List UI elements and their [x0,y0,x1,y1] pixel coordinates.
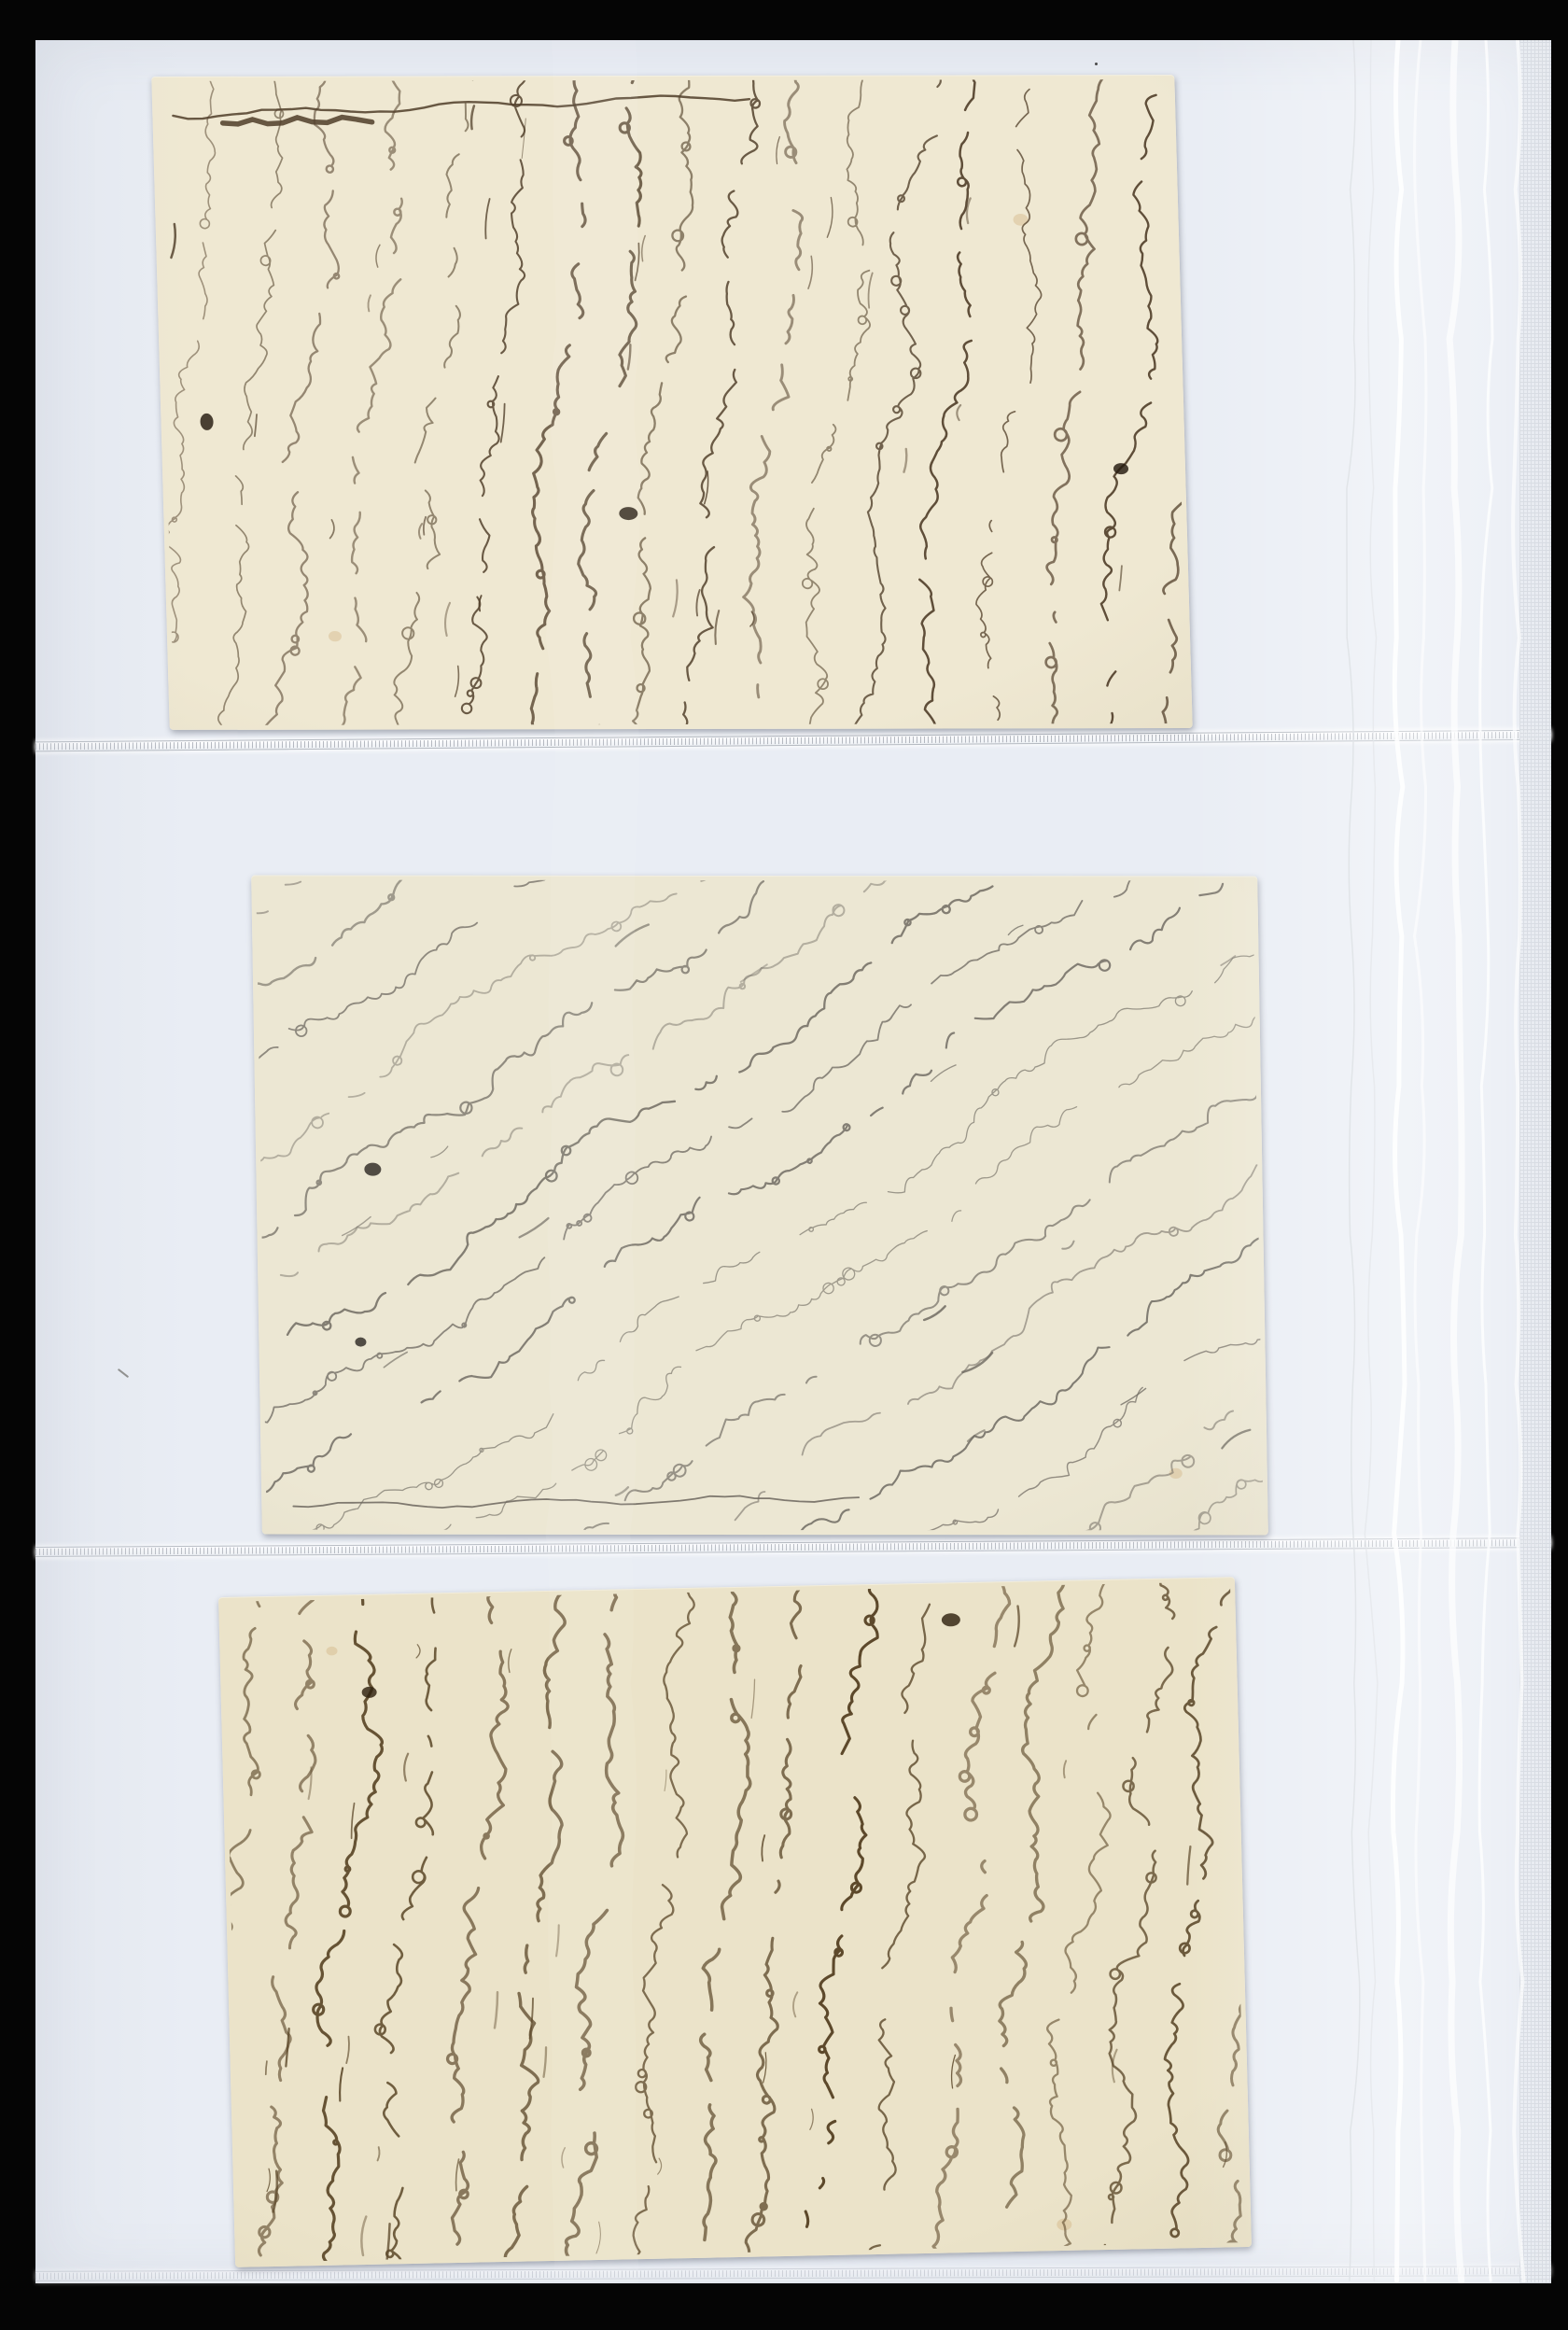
plastic-sheen-streaks [35,40,1551,2283]
album-page-in-plastic-sleeve [35,40,1551,2283]
photo-black-frame [0,0,1568,2330]
